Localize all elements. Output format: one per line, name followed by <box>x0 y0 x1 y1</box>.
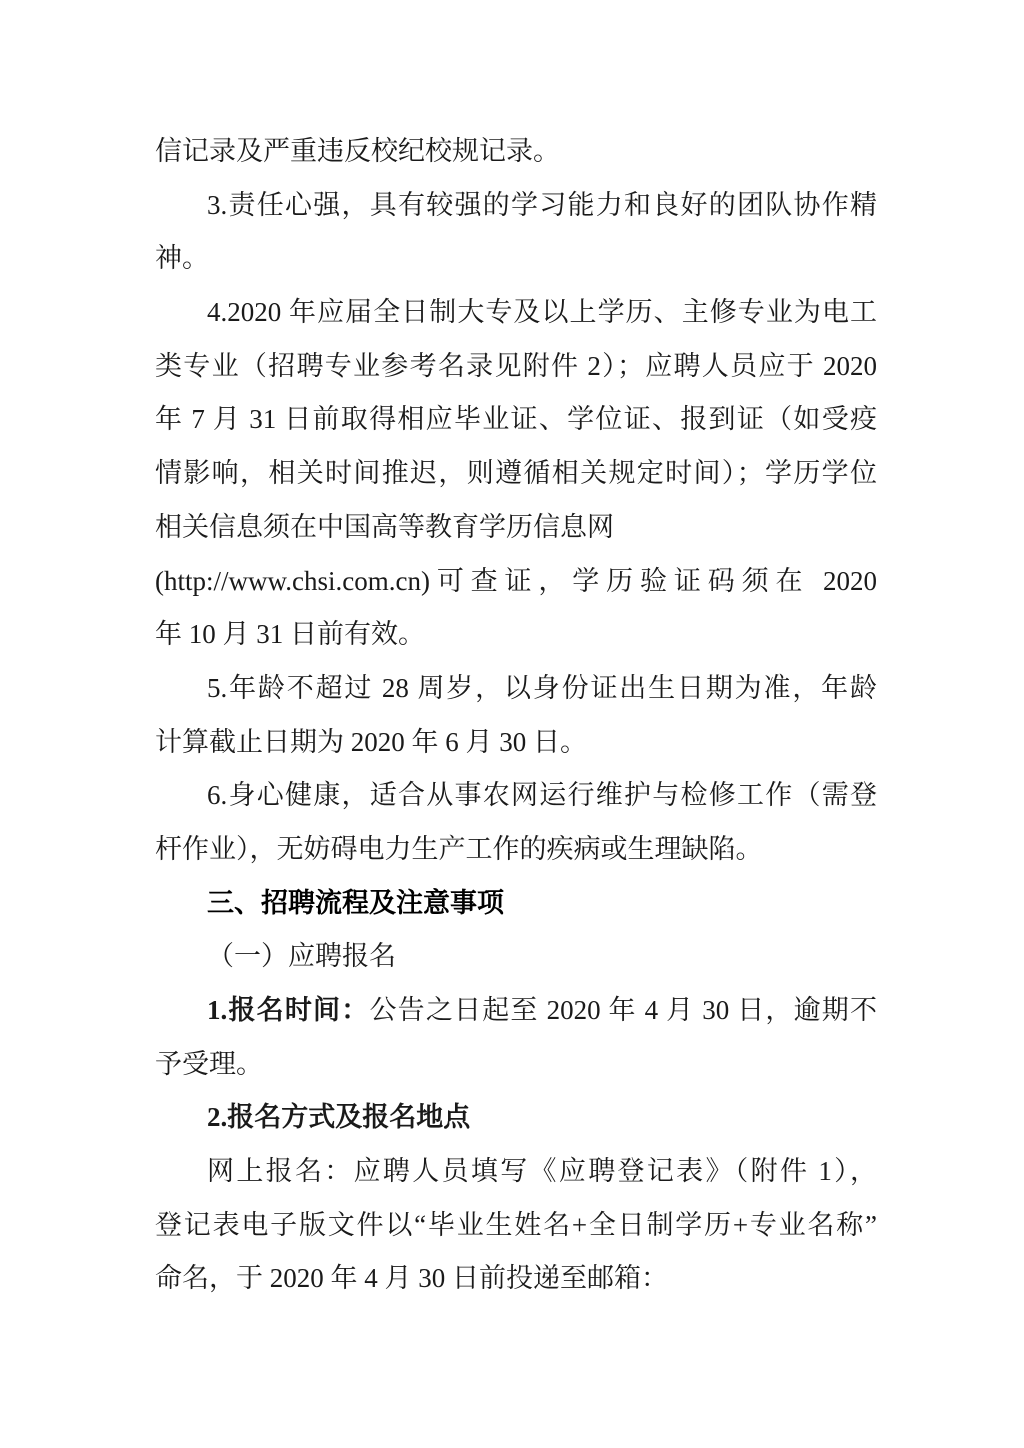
line-text: 计算截止日期为 2020 年 6 月 30 日。 <box>155 727 587 757</box>
line-text: 公告之日起至 2020 年 4 月 30 日，逾期不 <box>369 995 877 1025</box>
text-line: 1.报名时间：公告之日起至 2020 年 4 月 30 日，逾期不 <box>155 984 877 1038</box>
line-text: 4.2020 年应届全日制大专及以上学历、主修专业为电工 <box>207 297 877 327</box>
line-text: 2.报名方式及报名地点 <box>207 1102 470 1132</box>
item-heading: 2.报名方式及报名地点 <box>155 1091 877 1145</box>
line-lead-bold-text: 1.报名时间： <box>207 995 369 1025</box>
line-text: 网上报名：应聘人员填写《应聘登记表》（附件 1）， <box>207 1156 877 1186</box>
line-text: 相关信息须在中国高等教育学历信息网 <box>155 512 614 542</box>
line-text: 信记录及严重违反校纪校规记录。 <box>155 136 560 166</box>
text-line: 予受理。 <box>155 1038 877 1092</box>
text-line: 登记表电子版文件以“毕业生姓名+全日制学历+专业名称” <box>155 1199 877 1253</box>
line-text: 年 7 月 31 日前取得相应毕业证、学位证、报到证（如受疫 <box>155 404 877 434</box>
line-text: 情影响，相关时间推迟，则遵循相关规定时间）；学历学位 <box>155 458 877 488</box>
line-text: 5.年龄不超过 28 周岁，以身份证出生日期为准，年龄 <box>207 673 877 703</box>
subsection-heading: （一）应聘报名 <box>155 930 877 984</box>
line-text: 神。 <box>155 243 209 273</box>
section-heading: 三、招聘流程及注意事项 <box>155 877 877 931</box>
text-line: 6.身心健康，适合从事农网运行维护与检修工作（需登 <box>155 769 877 823</box>
line-text: 命名，于 2020 年 4 月 30 日前投递至邮箱： <box>155 1263 668 1293</box>
line-text: 年 10 月 31 日前有效。 <box>155 619 425 649</box>
line-text: 6.身心健康，适合从事农网运行维护与检修工作（需登 <box>207 780 877 810</box>
text-line: 年 10 月 31 日前有效。 <box>155 608 877 662</box>
text-line: 3.责任心强，具有较强的学习能力和良好的团队协作精 <box>155 179 877 233</box>
line-text: 3.责任心强，具有较强的学习能力和良好的团队协作精 <box>207 190 877 220</box>
text-line: 情影响，相关时间推迟，则遵循相关规定时间）；学历学位 <box>155 447 877 501</box>
text-line: 年 7 月 31 日前取得相应毕业证、学位证、报到证（如受疫 <box>155 393 877 447</box>
line-text: 类专业（招聘专业参考名录见附件 2）；应聘人员应于 2020 <box>155 351 877 381</box>
text-line: 杆作业），无妨碍电力生产工作的疾病或生理缺陷。 <box>155 823 877 877</box>
line-text: 三、招聘流程及注意事项 <box>207 888 504 918</box>
text-line: 4.2020 年应届全日制大专及以上学历、主修专业为电工 <box>155 286 877 340</box>
document-page: 信记录及严重违反校纪校规记录。3.责任心强，具有较强的学习能力和良好的团队协作精… <box>0 0 1024 1448</box>
text-line: 计算截止日期为 2020 年 6 月 30 日。 <box>155 716 877 770</box>
text-line-url: (http://www.chsi.com.cn)可查证，学历验证码须在 2020 <box>155 555 877 609</box>
text-line: 神。 <box>155 232 877 286</box>
text-line: 相关信息须在中国高等教育学历信息网 <box>155 501 877 555</box>
line-text: 登记表电子版文件以“毕业生姓名+全日制学历+专业名称” <box>155 1210 877 1240</box>
line-text: (http://www.chsi.com.cn)可查证，学历验证码须在 2020 <box>155 566 877 596</box>
text-line: 类专业（招聘专业参考名录见附件 2）；应聘人员应于 2020 <box>155 340 877 394</box>
text-line: 网上报名：应聘人员填写《应聘登记表》（附件 1）， <box>155 1145 877 1199</box>
text-line: 命名，于 2020 年 4 月 30 日前投递至邮箱： <box>155 1252 877 1306</box>
text-line: 信记录及严重违反校纪校规记录。 <box>155 125 877 179</box>
document-body: 信记录及严重违反校纪校规记录。3.责任心强，具有较强的学习能力和良好的团队协作精… <box>155 125 877 1306</box>
line-text: 予受理。 <box>155 1049 263 1079</box>
line-text: （一）应聘报名 <box>207 941 396 971</box>
line-text: 杆作业），无妨碍电力生产工作的疾病或生理缺陷。 <box>155 834 763 864</box>
text-line: 5.年龄不超过 28 周岁，以身份证出生日期为准，年龄 <box>155 662 877 716</box>
